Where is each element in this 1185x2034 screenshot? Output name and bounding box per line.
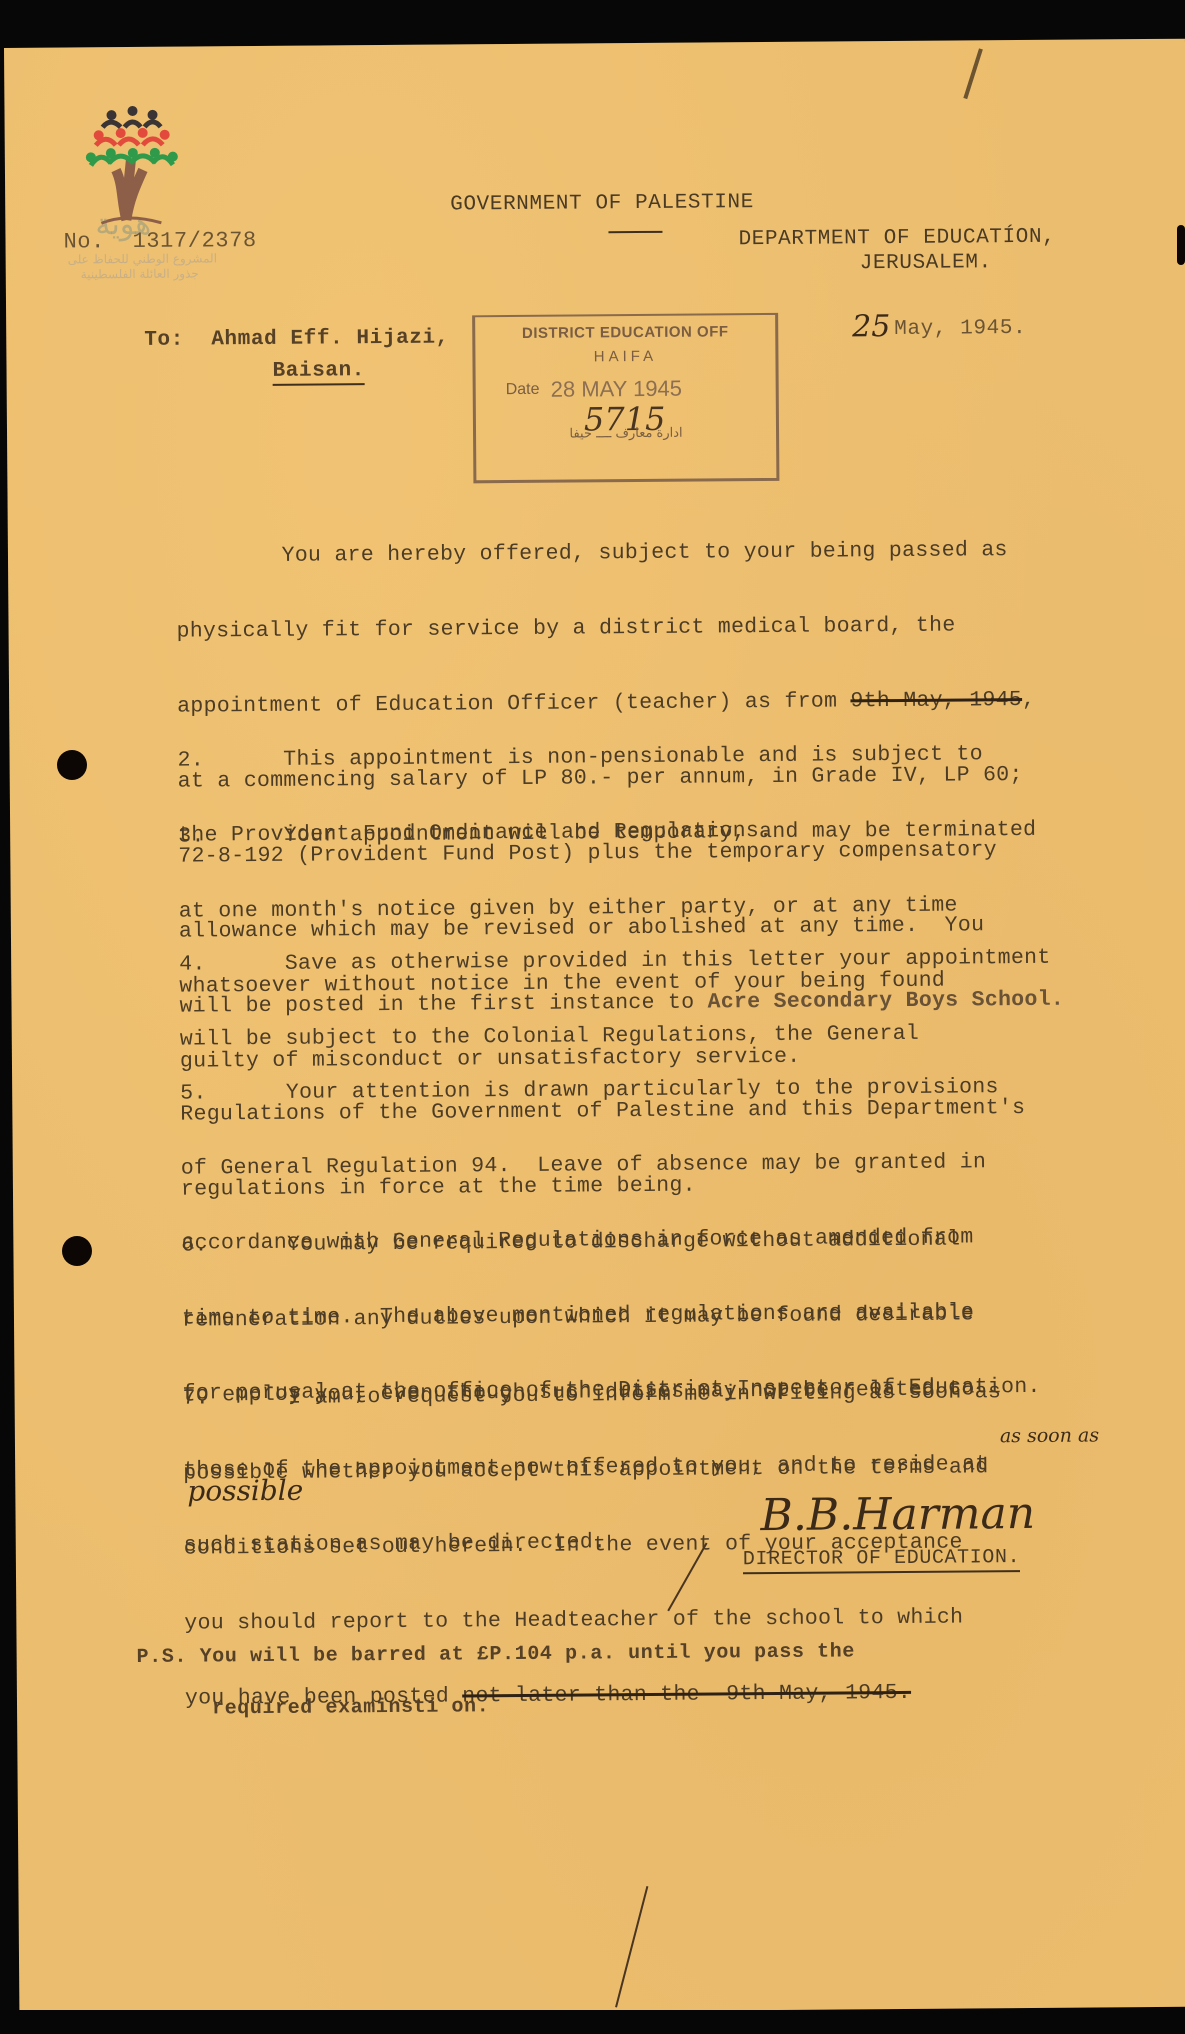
government-header: GOVERNMENT OF PALESTINE: [450, 190, 754, 217]
handwritten-insert-possible: possible: [187, 1474, 303, 1508]
stamp-date-label: Date: [506, 381, 540, 399]
struck-report-date: not later than the 9th May, 1945.: [462, 1681, 911, 1709]
scan-background-bottom: [0, 2010, 1185, 2034]
top-pen-mark: [963, 48, 982, 99]
punch-hole-1: [57, 750, 87, 780]
recipient-to-label: To:: [144, 328, 184, 353]
director-signature: B.B.Harman: [760, 1488, 1035, 1541]
recipient-name: Ahmad Eff. Hijazi,: [211, 326, 449, 353]
postscript-line2: required examinsti on.: [212, 1694, 489, 1721]
date-day-handwritten: 25: [852, 309, 890, 344]
stamp-office: DISTRICT EDUCATION OFF: [475, 323, 775, 342]
stamp-arabic: ادارة معارف ــــ حيفا: [496, 425, 756, 442]
watermark-arabic-line2: جذور العائلة الفلسطينية: [81, 266, 199, 281]
letter-page: هوية المشروع الوطني للحفاظ على جذور العا…: [4, 39, 1185, 2016]
director-title: DIRECTOR OF EDUCATION.: [743, 1545, 1020, 1574]
header-rule: [608, 231, 662, 233]
date-month-year: May, 1945.: [894, 316, 1026, 342]
right-edge-mark: [1177, 225, 1185, 265]
department-name: DEPARTMENT OF EDUCATÍON,: [738, 225, 1055, 252]
stamp-date-value: 28 MAY 1945: [551, 376, 682, 403]
handwritten-insert-as-soon-as: as soon as: [1000, 1424, 1099, 1447]
stamp-city: HAIFA: [475, 347, 775, 366]
recipient-place: Baisan.: [272, 358, 365, 386]
check-stroke-mark: [615, 1886, 648, 2007]
reference-number: No. 1317/2378: [63, 228, 256, 255]
department-city: JERUSALEM.: [860, 250, 992, 276]
district-education-stamp: DISTRICT EDUCATION OFF HAIFA Date 28 MAY…: [472, 313, 779, 483]
punch-hole-2: [62, 1236, 92, 1266]
